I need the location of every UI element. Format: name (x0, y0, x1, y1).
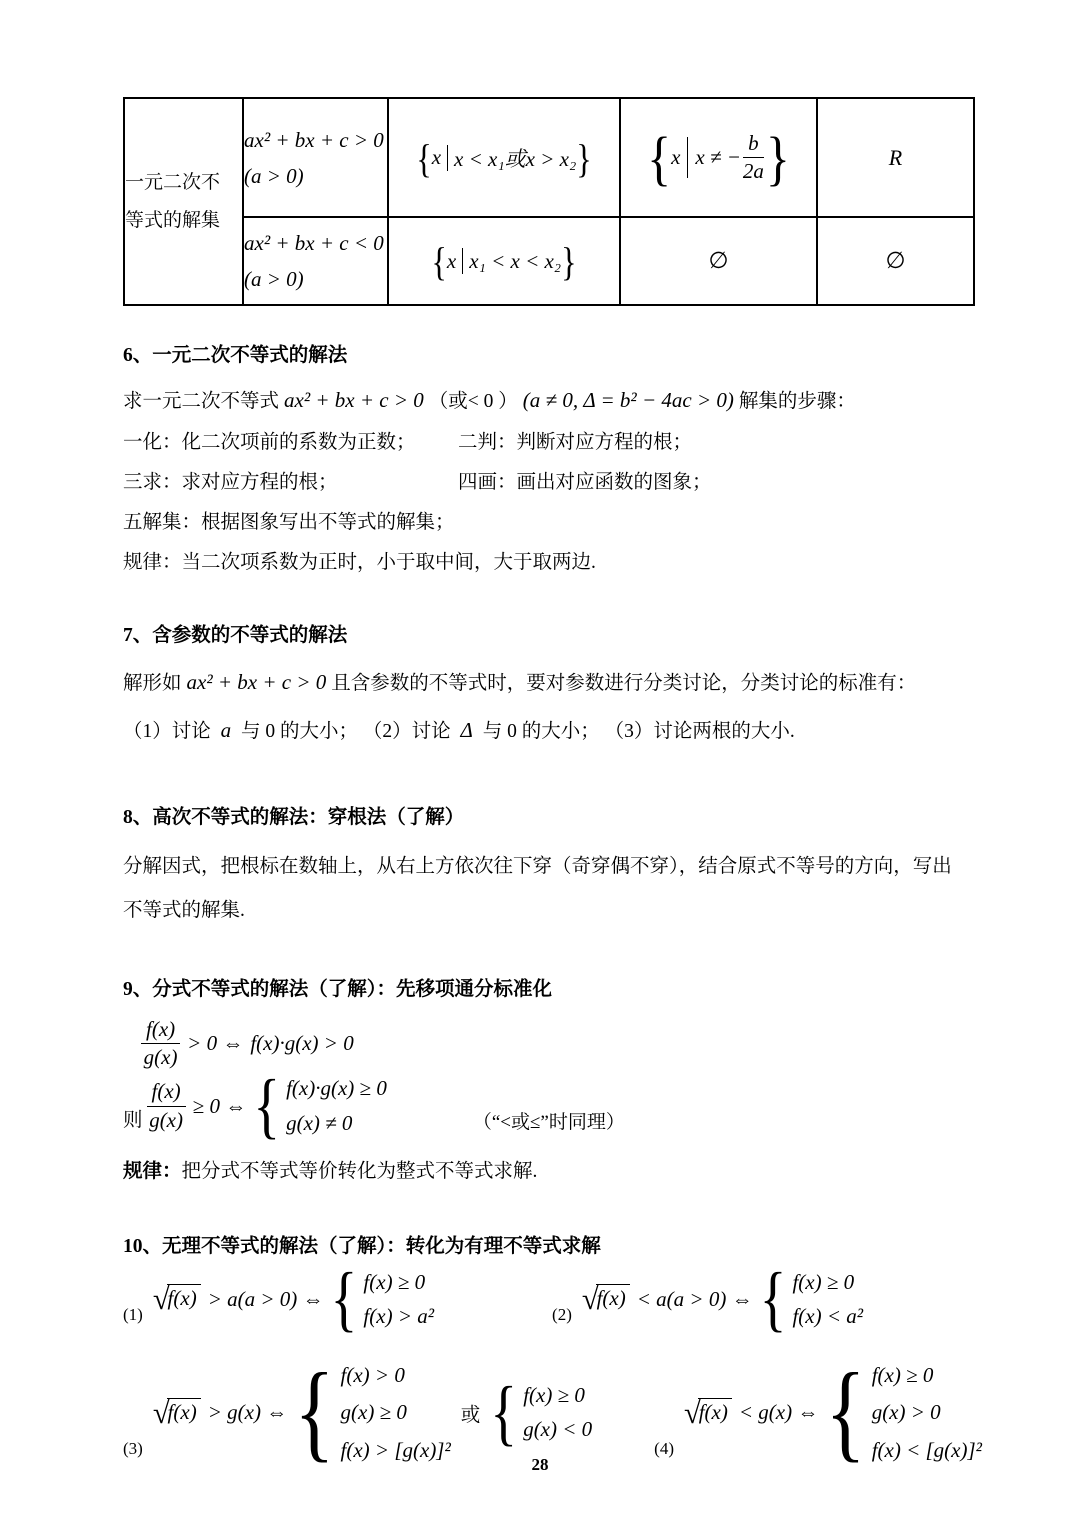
close-brace: } (576, 138, 591, 178)
system-line: f(x)·g(x) ≥ 0 (286, 1076, 387, 1101)
system-line: f(x) > 0 (341, 1363, 451, 1388)
item-var-a: a (221, 718, 232, 742)
system-lines: f(x) ≥ 0 f(x) > a² (363, 1270, 434, 1329)
open-brace: { (647, 128, 671, 188)
rule-text: 规律：当二次项系数为正时，小于取中间，大于取两边. (123, 549, 596, 577)
section-10: 10、无理不等式的解法（了解）：转化为有理不等式求解 (1) √ f(x) > … (123, 1234, 963, 1463)
body-formula: ax² + bx + c > 0 (187, 670, 327, 694)
system-brace: { (490, 1377, 517, 1450)
set-predicate-prefix: x ≠ − (695, 145, 741, 170)
system-2lines: { f(x) ≥ 0 g(x) < 0 (490, 1383, 592, 1442)
system-brace: { (331, 1263, 358, 1336)
row-header-line2: 等式的解集 (125, 202, 242, 240)
section-8-body: 分解因式，把根标在数轴上，从右上方依次往下穿（奇穿偶不穿），结合原式不等号的方向… (123, 845, 963, 933)
square-root: √ f(x) (153, 1284, 201, 1314)
condition-formula-gt: ax² + bx + c > 0 (244, 125, 387, 155)
open-brace: { (416, 138, 431, 178)
section-9-rule: 规律：把分式不等式等价转化为整式不等式求解. (123, 1158, 963, 1186)
intro-formula: ax² + bx + c > 0 (284, 388, 424, 412)
radicand: f(x) (596, 1284, 630, 1311)
fraction-numerator: b (743, 131, 764, 158)
solution-cell-two-roots-gt: { x x < x₁或x > x₂ } (388, 98, 620, 217)
row-header-line1: 一元二次不 (125, 164, 242, 202)
reals-symbol: R (889, 145, 902, 170)
table-row-positive: 一元二次不 等式的解集 ax² + bx + c > 0 (a > 0) { x… (124, 98, 974, 217)
system-lines: f(x) ≥ 0 f(x) < a² (792, 1270, 863, 1329)
set-variable: x (447, 249, 456, 274)
irrational-row-1: (1) √ f(x) > a(a > 0) ⇔ { f(x) ≥ 0 f(x) … (123, 1270, 963, 1329)
irrational-row-2: (3) √ f(x) > g(x) ⇔ { f(x) > 0 g(x) ≥ 0 … (123, 1363, 963, 1463)
section-8: 8、高次不等式的解法：穿根法（了解） 分解因式，把根标在数轴上，从右上方依次往下… (123, 805, 963, 933)
item-text: 与 0 的大小； （2）讨论 (236, 721, 455, 742)
section-9: 9、分式不等式的解法（了解）：先移项通分标准化 f(x) g(x) > 0 ⇔ … (123, 977, 963, 1186)
step-4: 四画：画出对应函数的图象； (458, 469, 712, 497)
solution-cell-double-root-lt: ∅ (620, 217, 817, 305)
step-2: 二判：判断对应方程的根； (458, 429, 692, 457)
fraction-inequality-2: 则 f(x) g(x) ≥ 0 ⇔ { f(x)·g(x) ≥ 0 g(x) ≠… (123, 1076, 963, 1135)
fraction-inequality-1: f(x) g(x) > 0 ⇔ f(x)·g(x) > 0 (141, 1017, 963, 1070)
section-6-title: 6、一元二次不等式的解法 (123, 343, 963, 369)
intro-condition: (a ≠ 0, Δ = b² − 4ac > 0) (523, 388, 734, 412)
formula-3: (3) √ f(x) > g(x) ⇔ { f(x) > 0 g(x) ≥ 0 … (123, 1363, 592, 1463)
set-variable: x (432, 145, 441, 170)
solution-set-two-roots: { x x < x₁或x > x₂ } (416, 142, 591, 174)
fraction-numerator: f(x) (147, 1079, 186, 1106)
then-label: 则 (123, 1104, 143, 1136)
item-text: （1）讨论 (123, 721, 216, 742)
section-6-rule: 规律：当二次项系数为正时，小于取中间，大于取两边. (123, 549, 963, 577)
system-2lines: { f(x)·g(x) ≥ 0 g(x) ≠ 0 (253, 1076, 387, 1135)
system-line: f(x) ≥ 0 (363, 1270, 434, 1295)
section-6-intro: 求一元二次不等式ax² + bx + c > 0（或< 0 ）(a ≠ 0, Δ… (123, 385, 963, 417)
open-brace: { (432, 241, 447, 281)
section-8-title: 8、高次不等式的解法：穿根法（了解） (123, 805, 963, 831)
solution-table: 一元二次不 等式的解集 ax² + bx + c > 0 (a > 0) { x… (123, 97, 975, 306)
lhs-fraction: f(x) g(x) (147, 1079, 186, 1132)
fraction-denominator: g(x) (147, 1107, 185, 1133)
section-9-title: 9、分式不等式的解法（了解）：先移项通分标准化 (123, 977, 963, 1003)
system-lines: f(x)·g(x) ≥ 0 g(x) ≠ 0 (286, 1076, 387, 1135)
system-line: g(x) ≠ 0 (286, 1111, 387, 1136)
system-line: f(x) < a² (792, 1304, 863, 1329)
system-brace: { (825, 1358, 865, 1467)
intro-pre: 求一元二次不等式 (123, 391, 279, 412)
system-line: g(x) > 0 (872, 1400, 982, 1425)
close-brace: } (561, 241, 576, 281)
set-divider-bar (447, 145, 448, 171)
page-number: 28 (0, 1455, 1080, 1475)
system-lines: f(x) ≥ 0 g(x) < 0 (523, 1383, 592, 1442)
set-predicate: x₁ < x < x₂ (469, 249, 561, 274)
system-brace: { (253, 1070, 280, 1143)
relation-equivalence: > g(x) ⇔ (208, 1400, 287, 1425)
system-2lines: { f(x) ≥ 0 f(x) < a² (760, 1270, 864, 1329)
system-lines: f(x) ≥ 0 g(x) > 0 f(x) < [g(x)]² (872, 1363, 982, 1463)
item-text: 与 0 的大小； （3）讨论两根的大小. (478, 721, 795, 742)
formula-label: (2) (552, 1305, 572, 1329)
section-7-body: 解形如ax² + bx + c > 0且含参数的不等式时，要对参数进行分类讨论，… (123, 667, 963, 699)
close-brace: } (766, 128, 790, 188)
step-1: 一化：化二次项前的系数为正数； (123, 429, 458, 457)
empty-set-symbol: ∅ (885, 248, 905, 273)
formula-4: (4) √ f(x) < g(x) ⇔ { f(x) ≥ 0 g(x) > 0 … (654, 1363, 982, 1463)
formula-2: (2) √ f(x) < a(a > 0) ⇔ { f(x) ≥ 0 f(x) … (552, 1270, 863, 1329)
section-6: 6、一元二次不等式的解法 求一元二次不等式ax² + bx + c > 0（或<… (123, 343, 963, 577)
system-line: f(x) ≥ 0 (792, 1270, 863, 1295)
fraction-denominator: 2a (741, 158, 766, 184)
steps-row-3: 五解集：根据图象写出不等式的解集； (123, 509, 963, 537)
rule-text: 把分式不等式等价转化为整式不等式求解. (182, 1161, 538, 1182)
solution-cell-two-roots-lt: { x x₁ < x < x₂ } (388, 217, 620, 305)
section-10-title: 10、无理不等式的解法（了解）：转化为有理不等式求解 (123, 1234, 963, 1260)
system-line: f(x) > a² (363, 1304, 434, 1329)
document-page: 一元二次不 等式的解集 ax² + bx + c > 0 (a > 0) { x… (0, 0, 1080, 1527)
system-line: f(x) ≥ 0 (523, 1383, 592, 1408)
lhs-fraction: f(x) g(x) (141, 1017, 180, 1070)
vertex-fraction: b 2a (741, 131, 766, 184)
section-7-items: （1）讨论 a 与 0 的大小； （2）讨论 Δ 与 0 的大小； （3）讨论两… (123, 715, 963, 747)
steps-row-2: 三求：求对应方程的根； 四画：画出对应函数的图象； (123, 469, 963, 497)
body-post: 且含参数的不等式时，要对参数进行分类讨论，分类讨论的标准有： (331, 673, 916, 694)
step-3: 三求：求对应方程的根； (123, 469, 458, 497)
rhs-product: f(x)·g(x) > 0 (250, 1031, 353, 1056)
item-var-delta: Δ (461, 718, 473, 742)
system-3lines: { f(x) ≥ 0 g(x) > 0 f(x) < [g(x)]² (825, 1363, 982, 1463)
set-divider-bar (462, 248, 463, 274)
radicand: f(x) (167, 1398, 201, 1425)
fraction-denominator: g(x) (142, 1044, 180, 1070)
system-3lines: { f(x) > 0 g(x) ≥ 0 f(x) > [g(x)]² (294, 1363, 451, 1463)
formula-label: (1) (123, 1305, 143, 1329)
solution-set-between-roots: { x x₁ < x < x₂ } (432, 245, 577, 277)
formula-1: (1) √ f(x) > a(a > 0) ⇔ { f(x) ≥ 0 f(x) … (123, 1270, 434, 1329)
row-header-cell: 一元二次不 等式的解集 (124, 98, 243, 305)
section-7-title: 7、含参数的不等式的解法 (123, 623, 963, 649)
relation-equivalence: < g(x) ⇔ (739, 1400, 818, 1425)
fraction-numerator: f(x) (141, 1017, 180, 1044)
intro-post: 解集的步骤： (739, 391, 856, 412)
square-root: √ f(x) (582, 1284, 630, 1314)
set-variable: x (671, 145, 680, 170)
body-pre: 解形如 (123, 673, 182, 694)
solution-set-exclude-vertex: { x x ≠ − b 2a } (647, 131, 790, 184)
relation-equivalence: > a(a > 0) ⇔ (208, 1287, 324, 1312)
section-7: 7、含参数的不等式的解法 解形如ax² + bx + c > 0且含参数的不等式… (123, 623, 963, 747)
system-brace: { (294, 1358, 334, 1467)
rule-label: 规律： (123, 1161, 182, 1182)
set-predicate: x < x₁或x > x₂ (454, 143, 576, 173)
square-root: √ f(x) (684, 1398, 732, 1428)
intro-or: （或< 0 ） (429, 391, 518, 412)
step-5: 五解集：根据图象写出不等式的解集； (123, 509, 455, 537)
system-line: g(x) < 0 (523, 1417, 592, 1442)
relation-equivalence: < a(a > 0) ⇔ (637, 1287, 753, 1312)
or-connector: 或 (461, 1399, 481, 1427)
condition-formula-lt: ax² + bx + c < 0 (244, 228, 387, 258)
relation-equivalence: ≥ 0 ⇔ (193, 1094, 247, 1119)
relation-equivalence: > 0 ⇔ (187, 1031, 243, 1056)
solution-cell-double-root-gt: { x x ≠ − b 2a } (620, 98, 817, 217)
table-row-negative: ax² + bx + c < 0 (a > 0) { x x₁ < x < x₂… (124, 217, 974, 305)
radicand: f(x) (167, 1284, 201, 1311)
condition-constraint-lt: (a > 0) (244, 264, 387, 294)
condition-cell-gt: ax² + bx + c > 0 (a > 0) (243, 98, 388, 217)
empty-set-symbol: ∅ (708, 248, 728, 273)
set-divider-bar (687, 137, 688, 178)
solution-cell-no-root-gt: R (817, 98, 974, 217)
system-2lines: { f(x) ≥ 0 f(x) > a² (331, 1270, 435, 1329)
system-line: f(x) ≥ 0 (872, 1363, 982, 1388)
system-line: g(x) ≥ 0 (341, 1400, 451, 1425)
system-brace: { (760, 1263, 787, 1336)
similar-case-note: （“<或≤”时同理） (473, 1107, 625, 1136)
steps-row-1: 一化：化二次项前的系数为正数； 二判：判断对应方程的根； (123, 429, 963, 457)
condition-constraint-gt: (a > 0) (244, 161, 387, 191)
solution-cell-no-root-lt: ∅ (817, 217, 974, 305)
square-root: √ f(x) (153, 1398, 201, 1428)
condition-cell-lt: ax² + bx + c < 0 (a > 0) (243, 217, 388, 305)
radicand: f(x) (698, 1398, 732, 1425)
system-lines: f(x) > 0 g(x) ≥ 0 f(x) > [g(x)]² (341, 1363, 451, 1463)
